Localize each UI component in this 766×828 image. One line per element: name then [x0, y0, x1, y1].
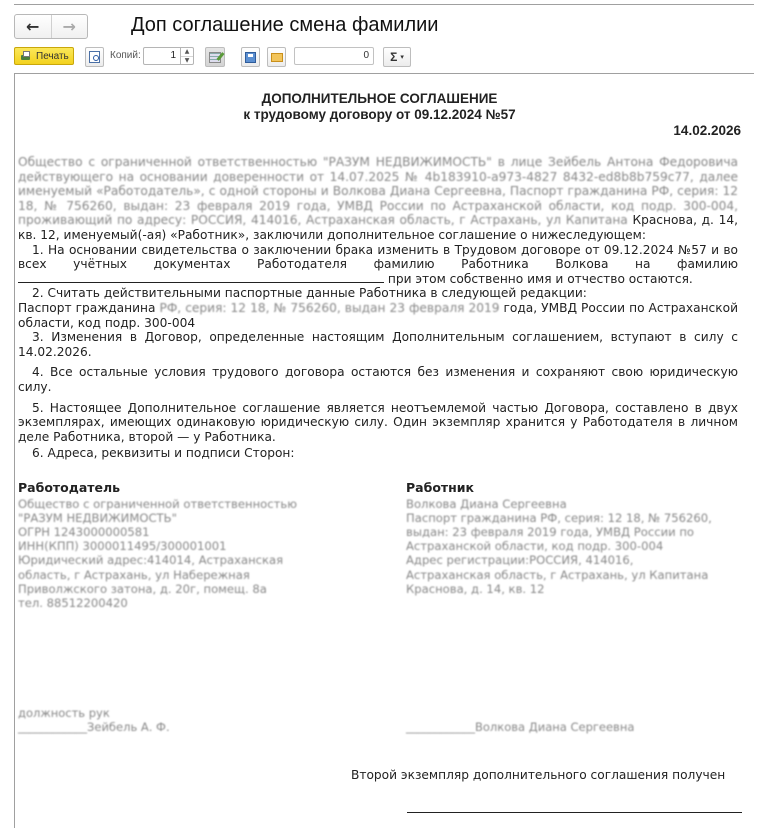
- employee-block: Работник Волкова Диана Сергеевна Паспорт…: [406, 481, 741, 596]
- chevron-down-icon: ▾: [400, 53, 404, 61]
- employee-line: Краснова, д. 14, кв. 12: [406, 582, 741, 596]
- item-4-text: 4. Все остальные условия трудового догов…: [18, 365, 738, 394]
- document-subheading: к трудовому договору от 09.12.2024 №57: [18, 108, 741, 123]
- preview-button[interactable]: [85, 47, 104, 67]
- employer-signature: должность рук ____________Зейбель А. Ф.: [18, 706, 170, 734]
- forward-button[interactable]: →: [52, 15, 88, 38]
- employee-line: выдан: 23 февраля 2019 года, УМВД России…: [406, 525, 741, 539]
- intro-redacted-text: Общество с ограниченной ответственностью…: [18, 155, 738, 227]
- employee-line: Паспорт гражданина РФ, серия: 12 18, № 7…: [406, 511, 741, 525]
- new-surname-blank: [18, 272, 384, 283]
- print-label: Печать: [36, 51, 69, 62]
- printer-icon: [20, 51, 31, 62]
- employee-line: Астраханская область, г Астрахань, ул Ка…: [406, 568, 741, 582]
- arrow-left-icon: ←: [26, 17, 39, 36]
- employer-heading: Работодатель: [18, 481, 308, 496]
- employer-line: Приволжского затона, д. 20г, помещ. 8а: [18, 582, 308, 596]
- received-copy-note: Второй экземпляр дополнительного соглаше…: [351, 768, 725, 783]
- employer-block: Работодатель Общество с ограниченной отв…: [18, 481, 308, 610]
- document-heading: ДОПОЛНИТЕЛЬНОЕ СОГЛАШЕНИЕ: [18, 92, 741, 107]
- arrow-right-icon: →: [63, 17, 76, 36]
- item-3-text: 3. Изменения в Договор, определенные нас…: [18, 330, 738, 359]
- item-1-tail: при этом собственно имя и отчество остаю…: [384, 272, 693, 286]
- document-date: 14.02.2026: [673, 124, 741, 139]
- sigma-icon: Σ: [390, 50, 397, 64]
- employee-line: Астраханской области, код подр. 300-004: [406, 539, 741, 553]
- edit-document-icon: [209, 52, 221, 63]
- employee-signature: ____________Волкова Диана Сергеевна: [406, 720, 634, 734]
- back-button[interactable]: ←: [15, 15, 52, 38]
- window-top-border: [14, 4, 754, 5]
- print-preview-icon: [89, 51, 100, 63]
- spin-up-icon[interactable]: ▲: [181, 48, 193, 57]
- employer-position: должность рук: [18, 706, 170, 720]
- save-button[interactable]: [241, 47, 260, 67]
- window-title: Доп соглашение смена фамилии: [131, 14, 438, 37]
- sum-value-field[interactable]: 0: [294, 47, 374, 65]
- copies-input[interactable]: 1: [143, 47, 181, 65]
- send-email-button[interactable]: [267, 47, 286, 67]
- employer-line: ОГРН 1243000000581: [18, 525, 308, 539]
- employer-line: Юридический адрес:414014, Астраханская: [18, 553, 308, 567]
- spin-down-icon[interactable]: ▼: [181, 57, 193, 65]
- item-6-text: 6. Адреса, реквизиты и подписи Сторон:: [18, 446, 738, 461]
- edit-mode-button[interactable]: [205, 47, 225, 67]
- employee-line: Волкова Диана Сергеевна: [406, 497, 741, 511]
- navigation-buttons: ← →: [14, 14, 88, 39]
- envelope-icon: [271, 53, 283, 62]
- print-button[interactable]: Печать: [14, 47, 74, 65]
- floppy-disk-icon: [245, 52, 256, 63]
- item-1-text: 1. На основании свидетельства о заключен…: [18, 243, 738, 272]
- employer-line: область, г Астрахань, ул Набережная: [18, 568, 308, 582]
- passport-prefix: Паспорт гражданина: [18, 301, 159, 315]
- employee-line: Адрес регистрации:РОССИЯ, 414016,: [406, 553, 741, 567]
- employer-line: "РАЗУМ НЕДВИЖИМОСТЬ": [18, 511, 308, 525]
- employee-details: Волкова Диана Сергеевна Паспорт граждани…: [406, 497, 741, 596]
- employer-signature-line: ____________Зейбель А. Ф.: [18, 720, 170, 734]
- employer-line: ИНН(КПП) 3000011495/300001001: [18, 539, 308, 553]
- employer-line: Общество с ограниченной ответственностью: [18, 497, 308, 511]
- employer-details: Общество с ограниченной ответственностью…: [18, 497, 308, 611]
- document-body: Общество с ограниченной ответственностью…: [18, 155, 738, 461]
- copies-stepper[interactable]: ▲ ▼: [180, 47, 194, 65]
- passport-redacted: РФ, серия: 12 18, № 756260, выдан 23 фев…: [159, 301, 499, 315]
- item-5-text: 5. Настоящее Дополнительное соглашение я…: [18, 401, 738, 445]
- received-signature-line: [407, 812, 742, 813]
- sum-dropdown-button[interactable]: Σ ▾: [383, 47, 411, 67]
- employee-heading: Работник: [406, 481, 741, 496]
- toolbar: Печать Копий: 1 ▲ ▼ 0 Σ ▾: [14, 47, 754, 67]
- employer-line: тел. 88512200420: [18, 596, 308, 610]
- copies-label: Копий:: [110, 50, 141, 61]
- item-2-text: 2. Считать действительными паспортные да…: [18, 286, 738, 301]
- document-viewer[interactable]: ДОПОЛНИТЕЛЬНОЕ СОГЛАШЕНИЕ к трудовому до…: [14, 74, 755, 828]
